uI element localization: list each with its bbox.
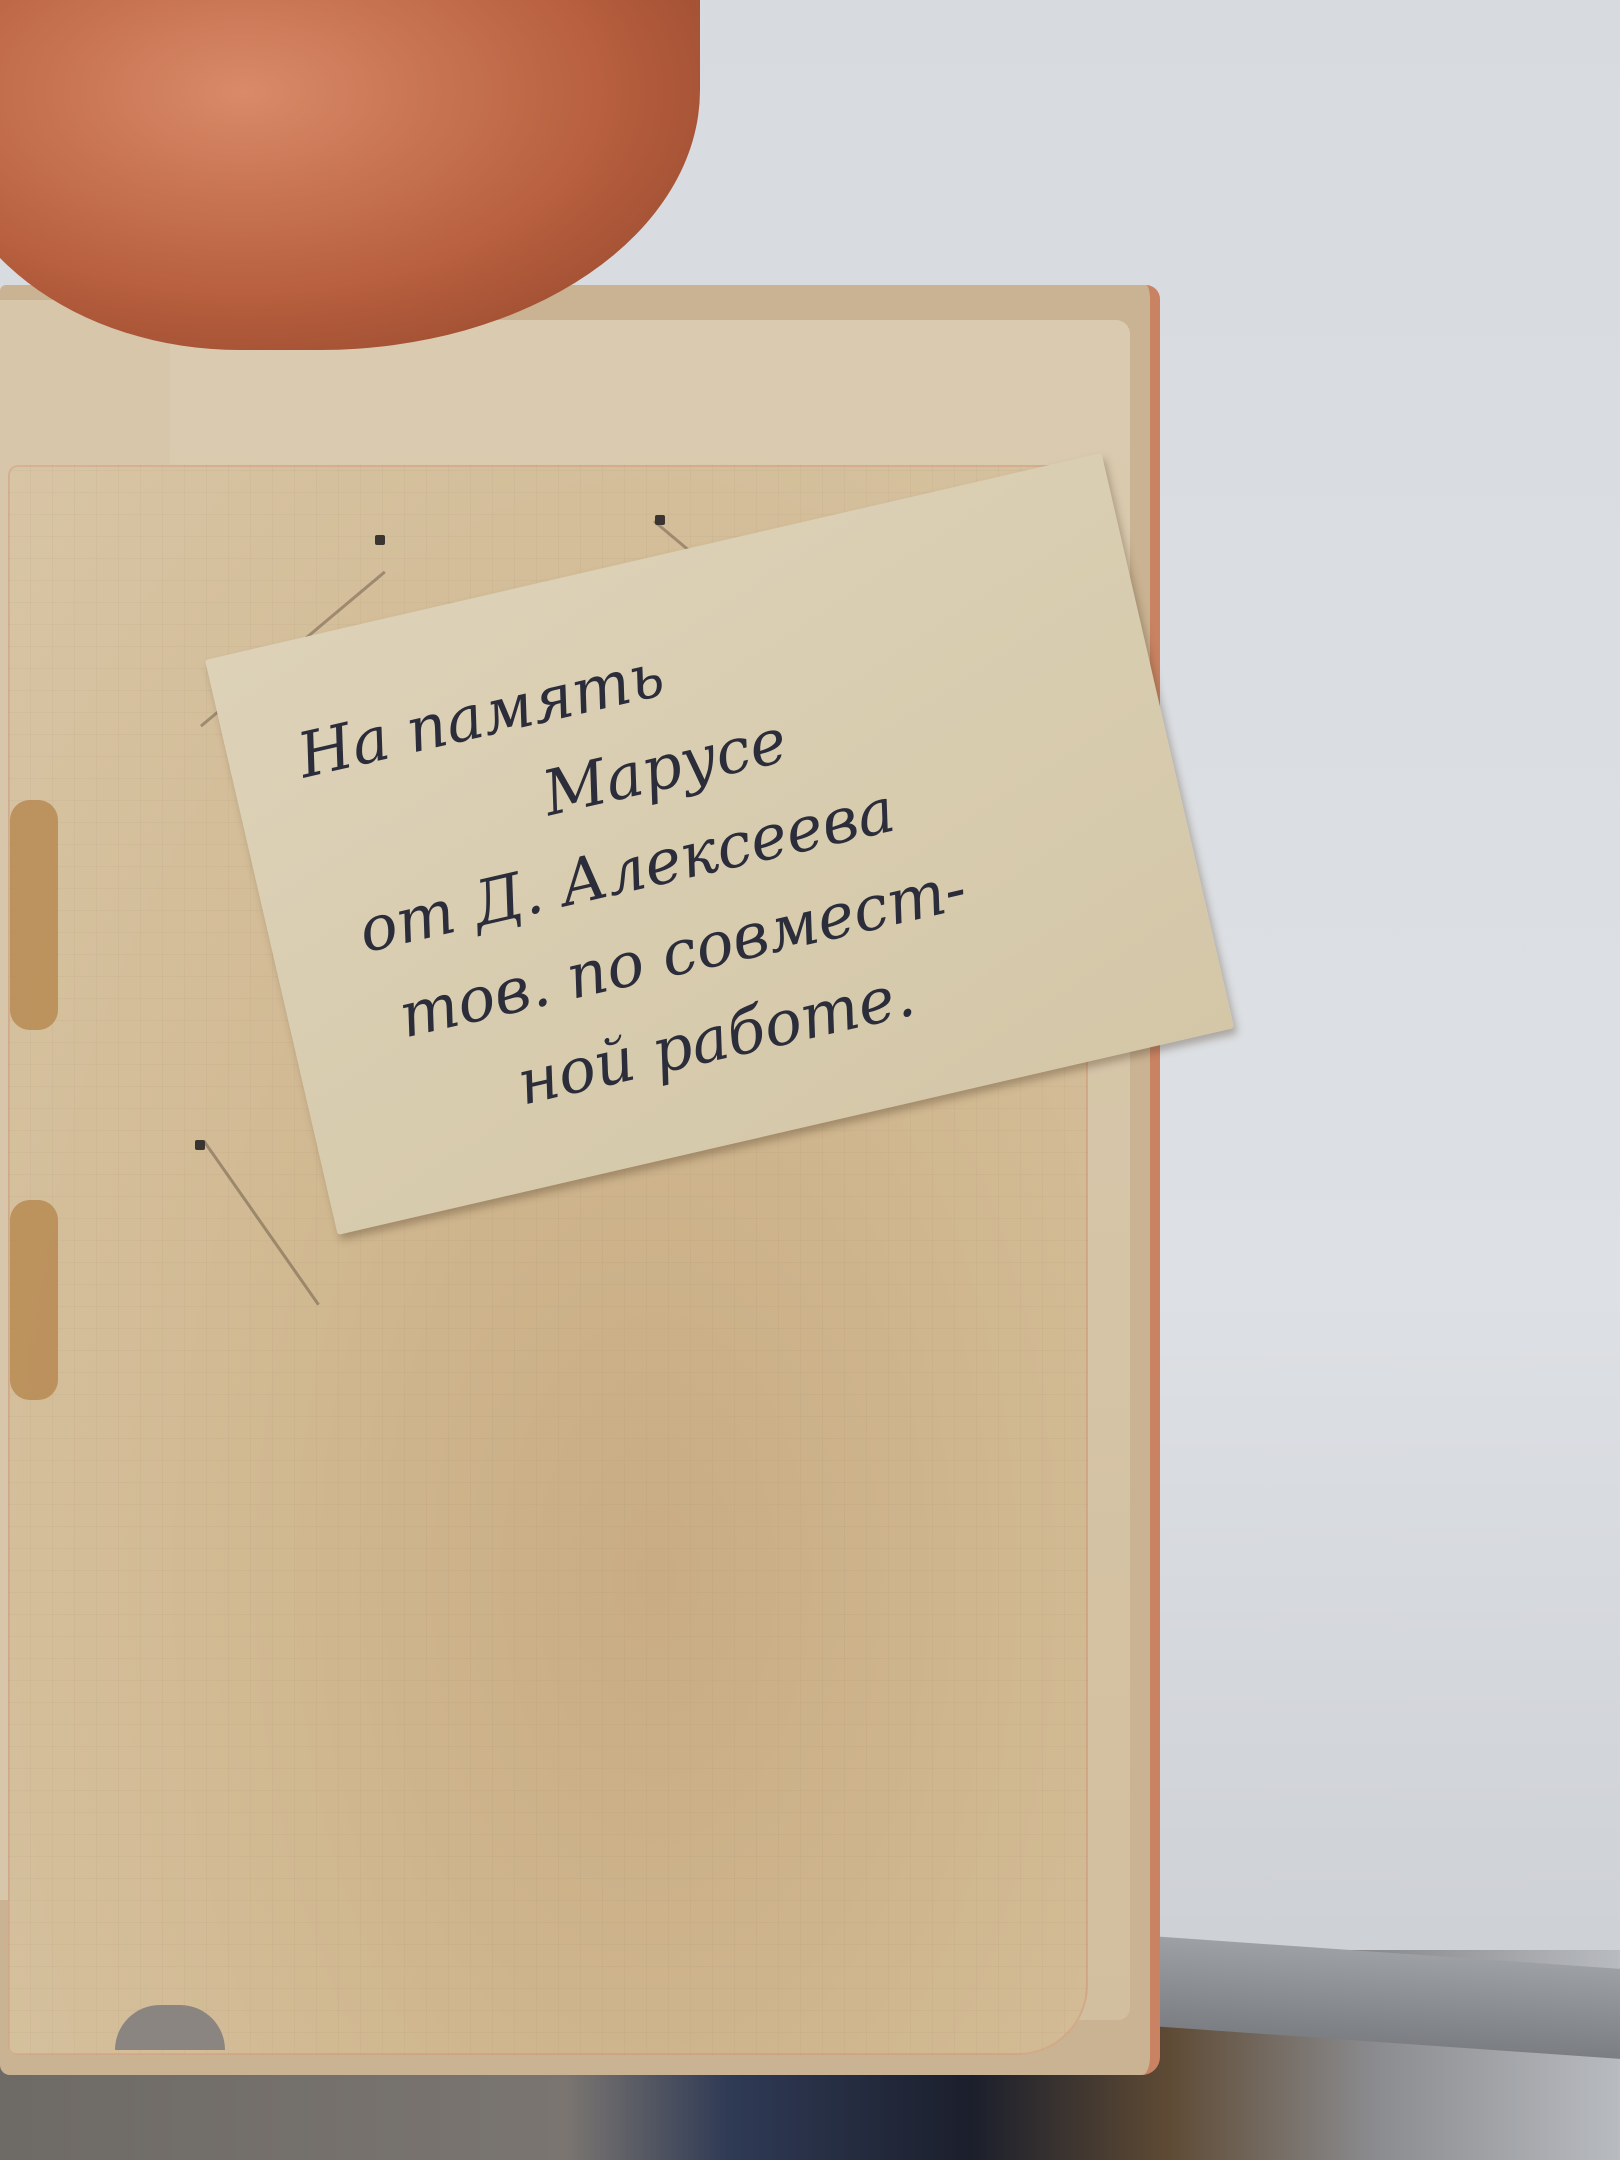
note-text: На память Марусе от Д. Алексеева тов. по… bbox=[289, 532, 1172, 1160]
staple-mark bbox=[195, 1140, 205, 1150]
page-stain bbox=[10, 1200, 58, 1400]
page-stain bbox=[10, 800, 58, 1030]
staple-mark bbox=[375, 535, 385, 545]
staple-mark bbox=[655, 515, 665, 525]
